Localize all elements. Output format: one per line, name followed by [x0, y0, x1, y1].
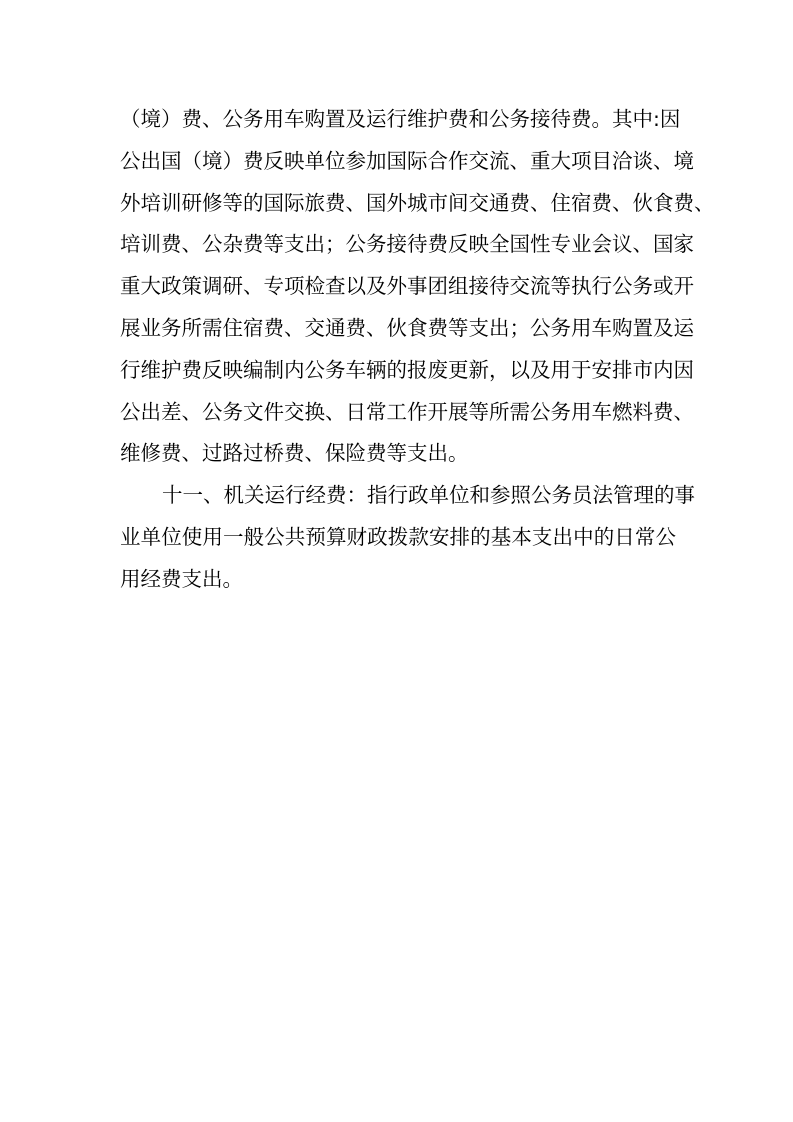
text-line: 公出国（境）费反映单位参加国际合作交流、重大项目洽谈、境 — [120, 141, 676, 183]
text-line: 展业务所需住宿费、交通费、伙食费等支出；公务用车购置及运 — [120, 308, 676, 350]
text-line: （境）费、公务用车购置及运行维护费和公务接待费。其中:因 — [120, 99, 676, 141]
paragraph-public-expenses-definition: （境）费、公务用车购置及运行维护费和公务接待费。其中:因 公出国（境）费反映单位… — [120, 99, 676, 475]
text-line: 业单位使用一般公共预算财政拨款安排的基本支出中的日常公 — [120, 517, 676, 559]
text-line: 外培训研修等的国际旅费、国外城市间交通费、住宿费、伙食费、 — [120, 183, 676, 225]
text-line: 培训费、公杂费等支出；公务接待费反映全国性专业会议、国家 — [120, 224, 676, 266]
document-page: （境）费、公务用车购置及运行维护费和公务接待费。其中:因 公出国（境）费反映单位… — [120, 99, 676, 601]
text-line: 重大政策调研、专项检查以及外事团组接待交流等执行公务或开 — [120, 266, 676, 308]
text-line: 用经费支出。 — [120, 559, 676, 601]
text-line: 公出差、公务文件交换、日常工作开展等所需公务用车燃料费、 — [120, 392, 676, 434]
text-line: 十一、机关运行经费：指行政单位和参照公务员法管理的事 — [120, 475, 676, 517]
text-line: 维修费、过路过桥费、保险费等支出。 — [120, 433, 676, 475]
paragraph-operating-expenses-definition: 十一、机关运行经费：指行政单位和参照公务员法管理的事 业单位使用一般公共预算财政… — [120, 475, 676, 600]
text-line: 行维护费反映编制内公务车辆的报废更新，以及用于安排市内因 — [120, 350, 676, 392]
